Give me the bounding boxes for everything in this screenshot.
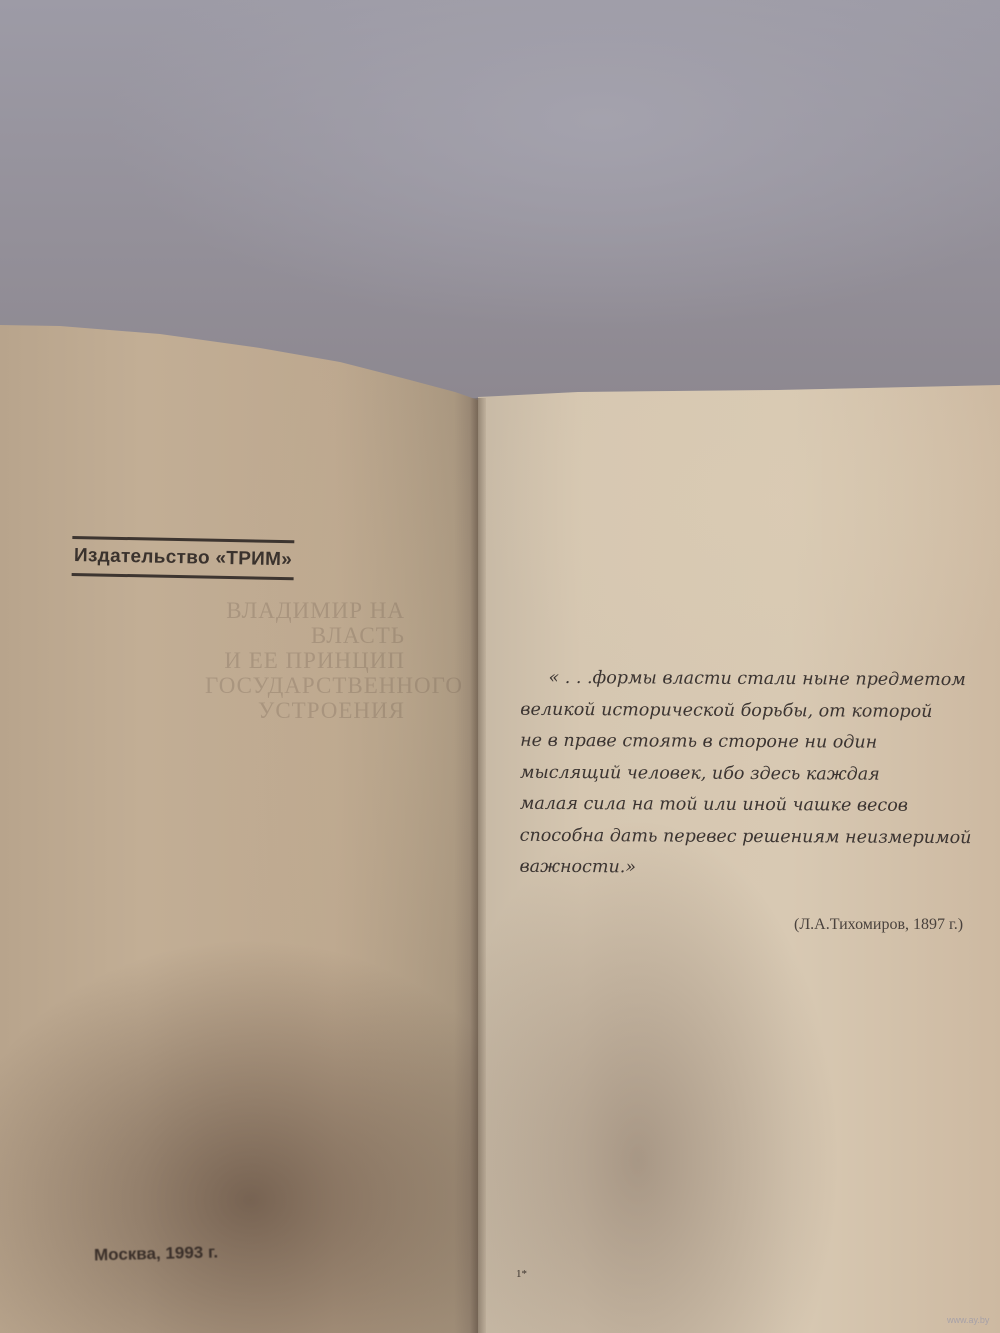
ghost-line: И ЕЕ ПРИНЦИП xyxy=(205,648,405,673)
quote-line: не в праве стоять в стороне ни один xyxy=(520,726,990,760)
epigraph-quote: « . . .формы власти стали ныне предметом… xyxy=(519,663,990,886)
ghost-line: ГОСУДАРСТВЕННОГО xyxy=(205,673,405,698)
site-watermark: www.ay.by xyxy=(947,1315,989,1325)
quote-line: « . . .формы власти стали ныне предметом xyxy=(520,663,990,697)
ghost-line: ВЛАДИМИР НА xyxy=(205,598,405,623)
ghost-line: УСТРОЕНИЯ xyxy=(205,698,405,723)
open-book: ВЛАДИМИР НА ВЛАСТЬ И ЕЕ ПРИНЦИП ГОСУДАРС… xyxy=(0,0,1000,1333)
quote-line: малая сила на той или иной чашке весов xyxy=(520,789,990,823)
ghost-line: ВЛАСТЬ xyxy=(205,623,405,648)
quote-line: важности.» xyxy=(519,852,989,886)
quote-line: мыслящий человек, ибо здесь каждая xyxy=(520,757,990,791)
quote-line: способна дать перевес решениям неизмерим… xyxy=(520,820,990,854)
quote-line: великой исторической борьбы, от которой xyxy=(520,694,990,728)
page-signature-mark: 1* xyxy=(516,1268,527,1280)
publisher-label: Издательство «ТРИМ» xyxy=(72,536,295,580)
book-gutter xyxy=(470,398,486,1333)
quote-attribution: (Л.А.Тихомиров, 1897 г.) xyxy=(794,916,963,934)
show-through-text: ВЛАДИМИР НА ВЛАСТЬ И ЕЕ ПРИНЦИП ГОСУДАРС… xyxy=(205,598,405,723)
imprint-city-year: Москва, 1993 г. xyxy=(94,1242,219,1265)
